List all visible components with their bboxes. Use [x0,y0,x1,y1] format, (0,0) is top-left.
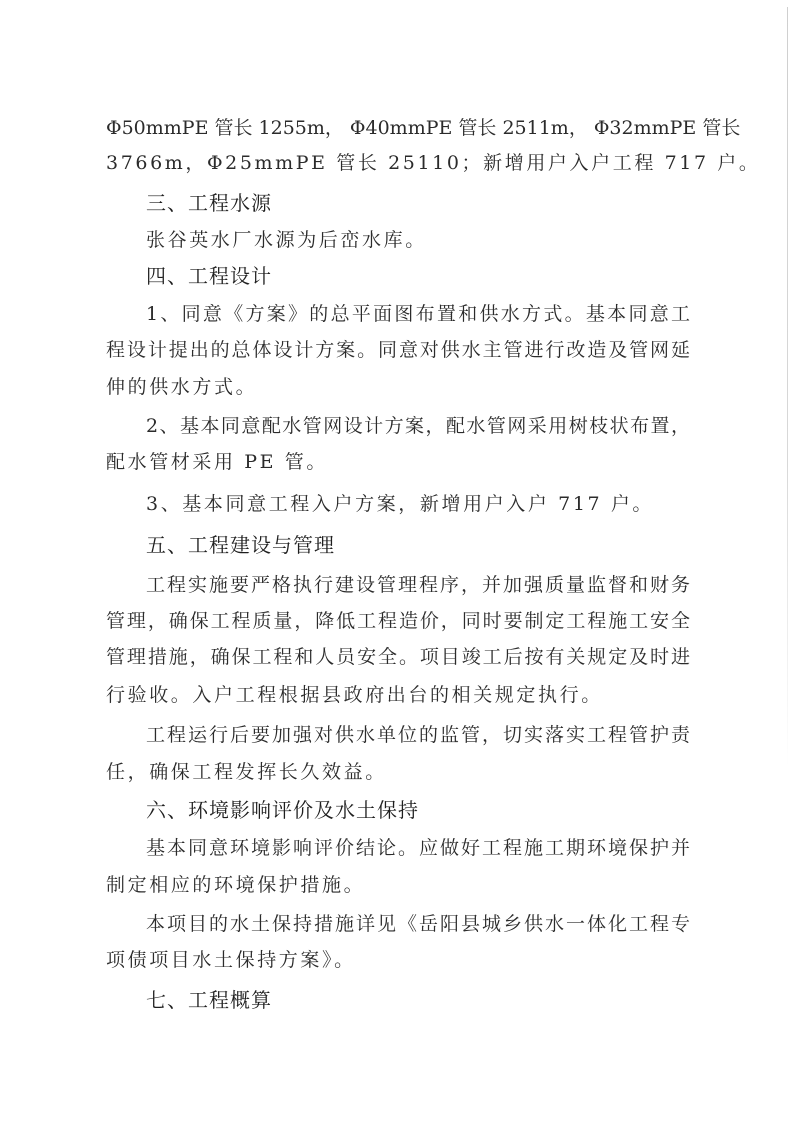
paragraph-line: 1、同意《方案》的总平面图布置和供水方式。基本同意工 [146,302,690,326]
paragraph-line: 项债项目水土保持方案》。 [106,948,356,972]
pipe-specs-line-1: Φ50mmPE 管长 1255m， Φ40mmPE 管长 2511m， Φ32m… [106,116,690,140]
paragraph-line: 配水管材采用 PE 管。 [106,450,328,474]
section-heading-environment-soil: 六、环境影响评价及水土保持 [146,798,419,822]
paragraph-line: 任，确保工程发挥长久效益。 [106,760,387,784]
section-heading-construction-management: 五、工程建设与管理 [146,533,335,557]
paragraph-line: 本项目的水土保持措施详见《岳阳县城乡供水一体化工程专 [146,912,690,936]
paragraph-line: 管理，确保工程质量，降低工程造价，同时要制定工程施工安全 [106,609,690,633]
paragraph-line: 基本同意环境影响评价结论。应做好工程施工期环境保护并 [146,836,690,860]
paragraph-line: 制定相应的环境保护措施。 [106,873,365,897]
section-heading-budget: 七、工程概算 [146,988,272,1012]
section-heading-design: 四、工程设计 [146,264,272,288]
paragraph-line: 3、基本同意工程入户方案，新增用户入户 717 户。 [146,492,654,516]
scan-edge-line [787,7,788,767]
paragraph-line: 张谷英水厂水源为后峦水库。 [146,228,427,252]
paragraph-line: 工程运行后要加强对供水单位的监管，切实落实工程管护责 [146,723,690,747]
paragraph-line: 伸的供水方式。 [106,375,257,399]
paragraph-line: 管理措施，确保工程和人员安全。项目竣工后按有关规定及时进 [106,645,690,669]
pipe-specs-line-2: 3766m，Φ25mmPE 管长 25110；新增用户入户工程 717 户。 [106,151,760,175]
paragraph-line: 2、基本同意配水管网设计方案，配水管网采用树枝状布置， [146,414,690,438]
paragraph-line: 程设计提出的总体设计方案。同意对供水主管进行改造及管网延 [106,338,690,362]
paragraph-line: 工程实施要严格执行建设管理程序，并加强质量监督和财务 [146,573,690,597]
section-heading-water-source: 三、工程水源 [146,191,272,215]
paragraph-line: 行验收。入户工程根据县政府出台的相关规定执行。 [106,683,603,707]
